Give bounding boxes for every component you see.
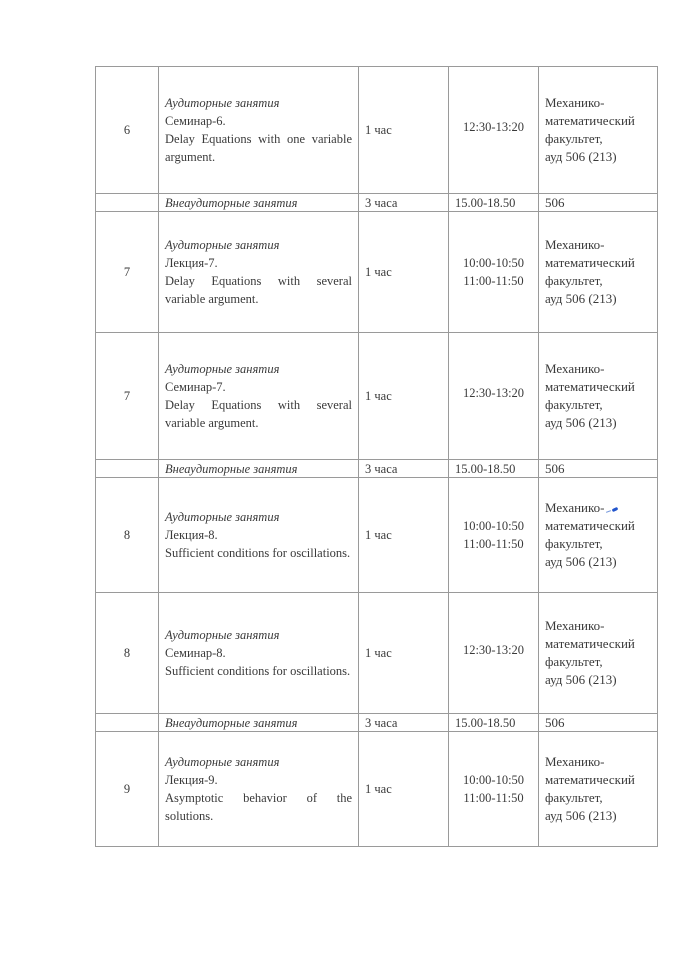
place-line: Механико- — [545, 617, 651, 635]
session-number: 9 — [96, 732, 159, 847]
table-row: 6Аудиторные занятияСеминар-6.Delay Equat… — [96, 67, 658, 194]
session-lesson: Семинар-8. — [165, 644, 352, 662]
place-line: ауд 506 (213) — [545, 671, 651, 689]
place-line: факультет, — [545, 272, 651, 290]
place-line: ауд 506 (213) — [545, 553, 651, 571]
place-line: ауд 506 (213) — [545, 290, 651, 308]
place-line: ауд 506 (213) — [545, 807, 651, 825]
extra-time: 15.00-18.50 — [449, 460, 539, 478]
session-lesson: Лекция-9. — [165, 771, 352, 789]
extra-place: 506 — [539, 714, 658, 732]
session-topic: Delay Equations with several variable ar… — [165, 396, 352, 432]
session-description: Аудиторные занятияСеминар-7.Delay Equati… — [159, 333, 359, 460]
session-hours: 1 час — [359, 732, 449, 847]
time-slot: 12:30-13:20 — [455, 641, 532, 659]
session-topic: Delay Equations with one variable argume… — [165, 130, 352, 166]
extra-hours: 3 часа — [359, 714, 449, 732]
session-kind: Аудиторные занятия — [165, 753, 352, 771]
place-line: математический — [545, 254, 651, 272]
session-time: 10:00-10:5011:00-11:50 — [449, 478, 539, 593]
session-hours: 1 час — [359, 333, 449, 460]
extra-hours: 3 часа — [359, 194, 449, 212]
session-time: 10:00-10:5011:00-11:50 — [449, 732, 539, 847]
session-number: 6 — [96, 67, 159, 194]
session-place: Механико-математическийфакультет,ауд 506… — [539, 212, 658, 333]
session-description: Аудиторные занятияСеминар-6.Delay Equati… — [159, 67, 359, 194]
session-lesson: Семинар-6. — [165, 112, 352, 130]
session-number: 8 — [96, 478, 159, 593]
session-kind: Аудиторные занятия — [165, 508, 352, 526]
session-time: 10:00-10:5011:00-11:50 — [449, 212, 539, 333]
empty-cell — [96, 194, 159, 212]
time-slot: 11:00-11:50 — [455, 789, 532, 807]
session-kind: Аудиторные занятия — [165, 236, 352, 254]
place-line: факультет, — [545, 130, 651, 148]
session-description: Аудиторные занятияЛекция-8.Sufficient co… — [159, 478, 359, 593]
place-line: ауд 506 (213) — [545, 414, 651, 432]
extra-time: 15.00-18.50 — [449, 714, 539, 732]
extra-place: 506 — [539, 460, 658, 478]
session-number: 7 — [96, 212, 159, 333]
session-description: Аудиторные занятияЛекция-9.Asymptotic be… — [159, 732, 359, 847]
empty-cell — [96, 714, 159, 732]
session-place: Механико-математическийфакультет,ауд 506… — [539, 333, 658, 460]
place-line: факультет, — [545, 653, 651, 671]
session-number: 7 — [96, 333, 159, 460]
table-row: 8Аудиторные занятияЛекция-8.Sufficient c… — [96, 478, 658, 593]
place-line: математический — [545, 771, 651, 789]
time-slot: 12:30-13:20 — [455, 118, 532, 136]
table-row: 8Аудиторные занятияСеминар-8.Sufficient … — [96, 593, 658, 714]
table-row: 7Аудиторные занятияЛекция-7.Delay Equati… — [96, 212, 658, 333]
session-lesson: Лекция-7. — [165, 254, 352, 272]
session-time: 12:30-13:20 — [449, 593, 539, 714]
time-slot: 10:00-10:50 — [455, 254, 532, 272]
session-kind: Аудиторные занятия — [165, 94, 352, 112]
extra-kind: Внеаудиторные занятия — [159, 714, 359, 732]
session-place: Механико-математическийфакультет,ауд 506… — [539, 732, 658, 847]
session-description: Аудиторные занятияЛекция-7.Delay Equatio… — [159, 212, 359, 333]
place-line: математический — [545, 112, 651, 130]
time-slot: 10:00-10:50 — [455, 771, 532, 789]
place-line: Механико- — [545, 499, 651, 517]
schedule-table: 6Аудиторные занятияСеминар-6.Delay Equat… — [95, 66, 658, 847]
session-topic: Sufficient conditions for oscillations. — [165, 662, 352, 680]
session-hours: 1 час — [359, 478, 449, 593]
place-line: математический — [545, 635, 651, 653]
session-kind: Аудиторные занятия — [165, 360, 352, 378]
session-place: Механико-математическийфакультет,ауд 506… — [539, 593, 658, 714]
session-lesson: Лекция-8. — [165, 526, 352, 544]
extra-time: 15.00-18.50 — [449, 194, 539, 212]
session-topic: Sufficient conditions for oscillations. — [165, 544, 352, 562]
session-hours: 1 час — [359, 67, 449, 194]
time-slot: 12:30-13:20 — [455, 384, 532, 402]
place-line: математический — [545, 517, 651, 535]
session-time: 12:30-13:20 — [449, 333, 539, 460]
place-line: Механико- — [545, 753, 651, 771]
place-line: факультет, — [545, 396, 651, 414]
place-line: Механико- — [545, 360, 651, 378]
session-time: 12:30-13:20 — [449, 67, 539, 194]
table-row: 9Аудиторные занятияЛекция-9.Asymptotic b… — [96, 732, 658, 847]
time-slot: 11:00-11:50 — [455, 272, 532, 290]
extra-kind: Внеаудиторные занятия — [159, 194, 359, 212]
session-hours: 1 час — [359, 212, 449, 333]
session-lesson: Семинар-7. — [165, 378, 352, 396]
place-line: Механико- — [545, 94, 651, 112]
time-slot: 11:00-11:50 — [455, 535, 532, 553]
table-row: 7Аудиторные занятияСеминар-7.Delay Equat… — [96, 333, 658, 460]
place-line: факультет, — [545, 789, 651, 807]
table-row-extra: Внеаудиторные занятия3 часа15.00-18.5050… — [96, 194, 658, 212]
table-row-extra: Внеаудиторные занятия3 часа15.00-18.5050… — [96, 714, 658, 732]
session-place: Механико-математическийфакультет,ауд 506… — [539, 67, 658, 194]
table-row-extra: Внеаудиторные занятия3 часа15.00-18.5050… — [96, 460, 658, 478]
extra-kind: Внеаудиторные занятия — [159, 460, 359, 478]
session-number: 8 — [96, 593, 159, 714]
empty-cell — [96, 460, 159, 478]
place-line: математический — [545, 378, 651, 396]
place-line: ауд 506 (213) — [545, 148, 651, 166]
extra-place: 506 — [539, 194, 658, 212]
session-description: Аудиторные занятияСеминар-8.Sufficient c… — [159, 593, 359, 714]
place-line: Механико- — [545, 236, 651, 254]
extra-hours: 3 часа — [359, 460, 449, 478]
place-line: факультет, — [545, 535, 651, 553]
session-place: Механико-математическийфакультет,ауд 506… — [539, 478, 658, 593]
time-slot: 10:00-10:50 — [455, 517, 532, 535]
session-kind: Аудиторные занятия — [165, 626, 352, 644]
session-topic: Delay Equations with several variable ar… — [165, 272, 352, 308]
session-hours: 1 час — [359, 593, 449, 714]
session-topic: Asymptotic behavior of the solutions. — [165, 789, 352, 825]
